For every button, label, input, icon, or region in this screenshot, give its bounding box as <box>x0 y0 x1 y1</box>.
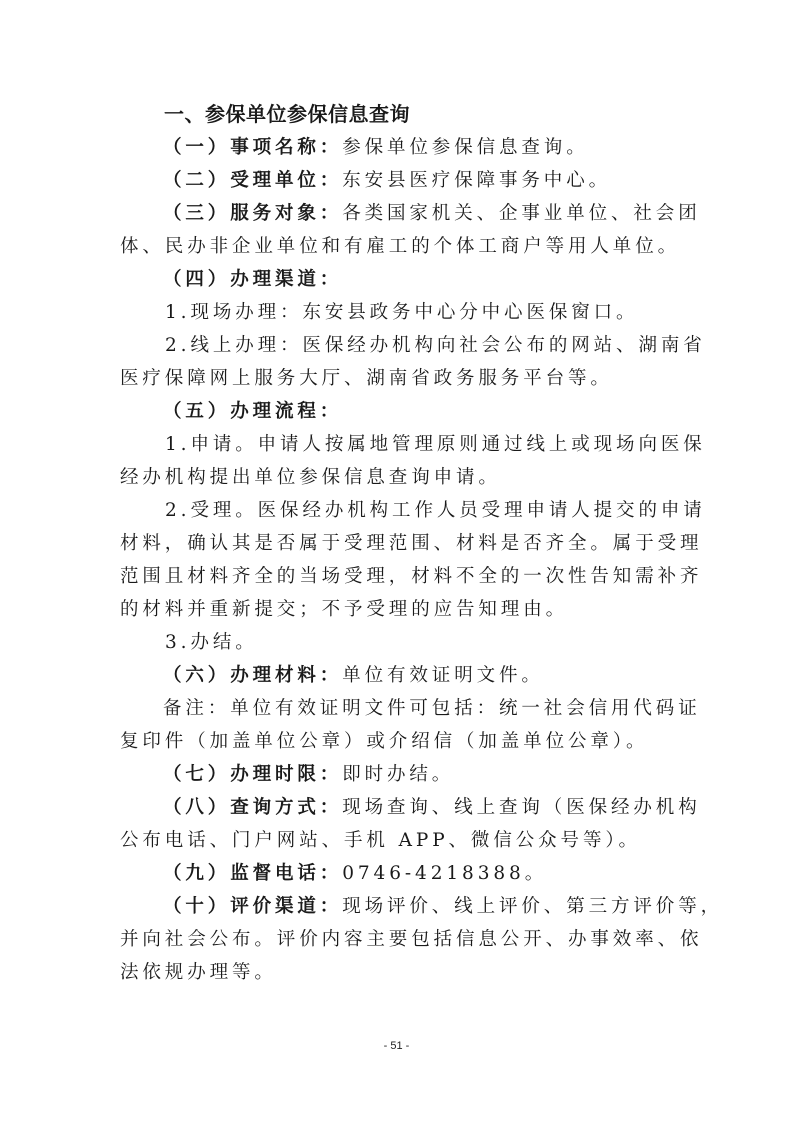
item-text: 现场查询、线上查询（医保经办机构 <box>342 797 700 818</box>
item-time-limit: （七）办理时限：即时办结。 <box>120 758 675 791</box>
item-label: （八）查询方式： <box>163 797 342 818</box>
note-continued: 复印件（加盖单位公章）或介绍信（加盖单位公章）。 <box>120 725 675 758</box>
section-title: 一、参保单位参保信息查询 <box>164 98 675 131</box>
item-label: （五）办理流程： <box>163 401 342 422</box>
item-label: （二）受理单位： <box>163 170 342 191</box>
item-label: （三）服务对象： <box>163 203 342 224</box>
item-unit: （二）受理单位：东安县医疗保障事务中心。 <box>120 164 675 197</box>
item-label: （六）办理材料： <box>163 665 342 686</box>
process-step-accept-continued: 材料，确认其是否属于受理范围、材料是否齐全。属于受理 <box>120 527 675 560</box>
item-query-method-continued: 公布电话、门户网站、手机 APP、微信公众号等）。 <box>120 824 675 857</box>
document-page: 一、参保单位参保信息查询 （一）事项名称：参保单位参保信息查询。 （二）受理单位… <box>120 98 675 989</box>
channel-online-continued: 医疗保障网上服务大厅、湖南省政务服务平台等。 <box>120 362 675 395</box>
item-label: （七）办理时限： <box>163 764 342 785</box>
page-number: - 51 - <box>0 1040 793 1052</box>
item-process: （五）办理流程： <box>120 395 675 428</box>
item-text: 各类国家机关、企事业单位、社会团 <box>342 203 700 224</box>
item-evaluation-continued-2: 法依规办理等。 <box>120 956 675 989</box>
item-label: （四）办理渠道： <box>163 269 342 290</box>
item-label: （一）事项名称： <box>163 137 342 158</box>
process-step-complete: 3.办结。 <box>120 626 675 659</box>
process-step-accept: 2.受理。医保经办机构工作人员受理申请人提交的申请 <box>120 494 675 527</box>
item-query-method: （八）查询方式：现场查询、线上查询（医保经办机构 <box>120 791 675 824</box>
item-service-target-continued: 体、民办非企业单位和有雇工的个体工商户等用人单位。 <box>120 230 675 263</box>
note: 备注：单位有效证明文件可包括：统一社会信用代码证 <box>120 692 675 725</box>
process-step-apply-continued: 经办机构提出单位参保信息查询申请。 <box>120 461 675 494</box>
item-label: （九）监督电话： <box>163 863 342 884</box>
item-materials: （六）办理材料：单位有效证明文件。 <box>120 659 675 692</box>
item-supervision-phone: （九）监督电话：0746-4218388。 <box>120 857 675 890</box>
item-evaluation: （十）评价渠道：现场评价、线上评价、第三方评价等， <box>120 890 675 923</box>
item-text: 即时办结。 <box>342 764 454 785</box>
item-label: （十）评价渠道： <box>163 896 342 917</box>
item-name: （一）事项名称：参保单位参保信息查询。 <box>120 131 675 164</box>
process-step-accept-continued-3: 的材料并重新提交；不予受理的应告知理由。 <box>120 593 675 626</box>
item-service-target: （三）服务对象：各类国家机关、企事业单位、社会团 <box>120 197 675 230</box>
item-evaluation-continued: 并向社会公布。评价内容主要包括信息公开、办事效率、依 <box>120 923 675 956</box>
channel-onsite: 1.现场办理：东安县政务中心分中心医保窗口。 <box>120 296 675 329</box>
item-text: 东安县医疗保障事务中心。 <box>342 170 611 191</box>
item-text: 0746-4218388。 <box>342 863 547 884</box>
process-step-apply: 1.申请。申请人按属地管理原则通过线上或现场向医保 <box>120 428 675 461</box>
process-step-accept-continued-2: 范围且材料齐全的当场受理，材料不全的一次性告知需补齐 <box>120 560 675 593</box>
item-text: 参保单位参保信息查询。 <box>342 137 588 158</box>
channel-online: 2.线上办理：医保经办机构向社会公布的网站、湖南省 <box>120 329 675 362</box>
item-channels: （四）办理渠道： <box>120 263 675 296</box>
item-text: 现场评价、线上评价、第三方评价等， <box>342 896 723 917</box>
item-text: 单位有效证明文件。 <box>342 665 544 686</box>
